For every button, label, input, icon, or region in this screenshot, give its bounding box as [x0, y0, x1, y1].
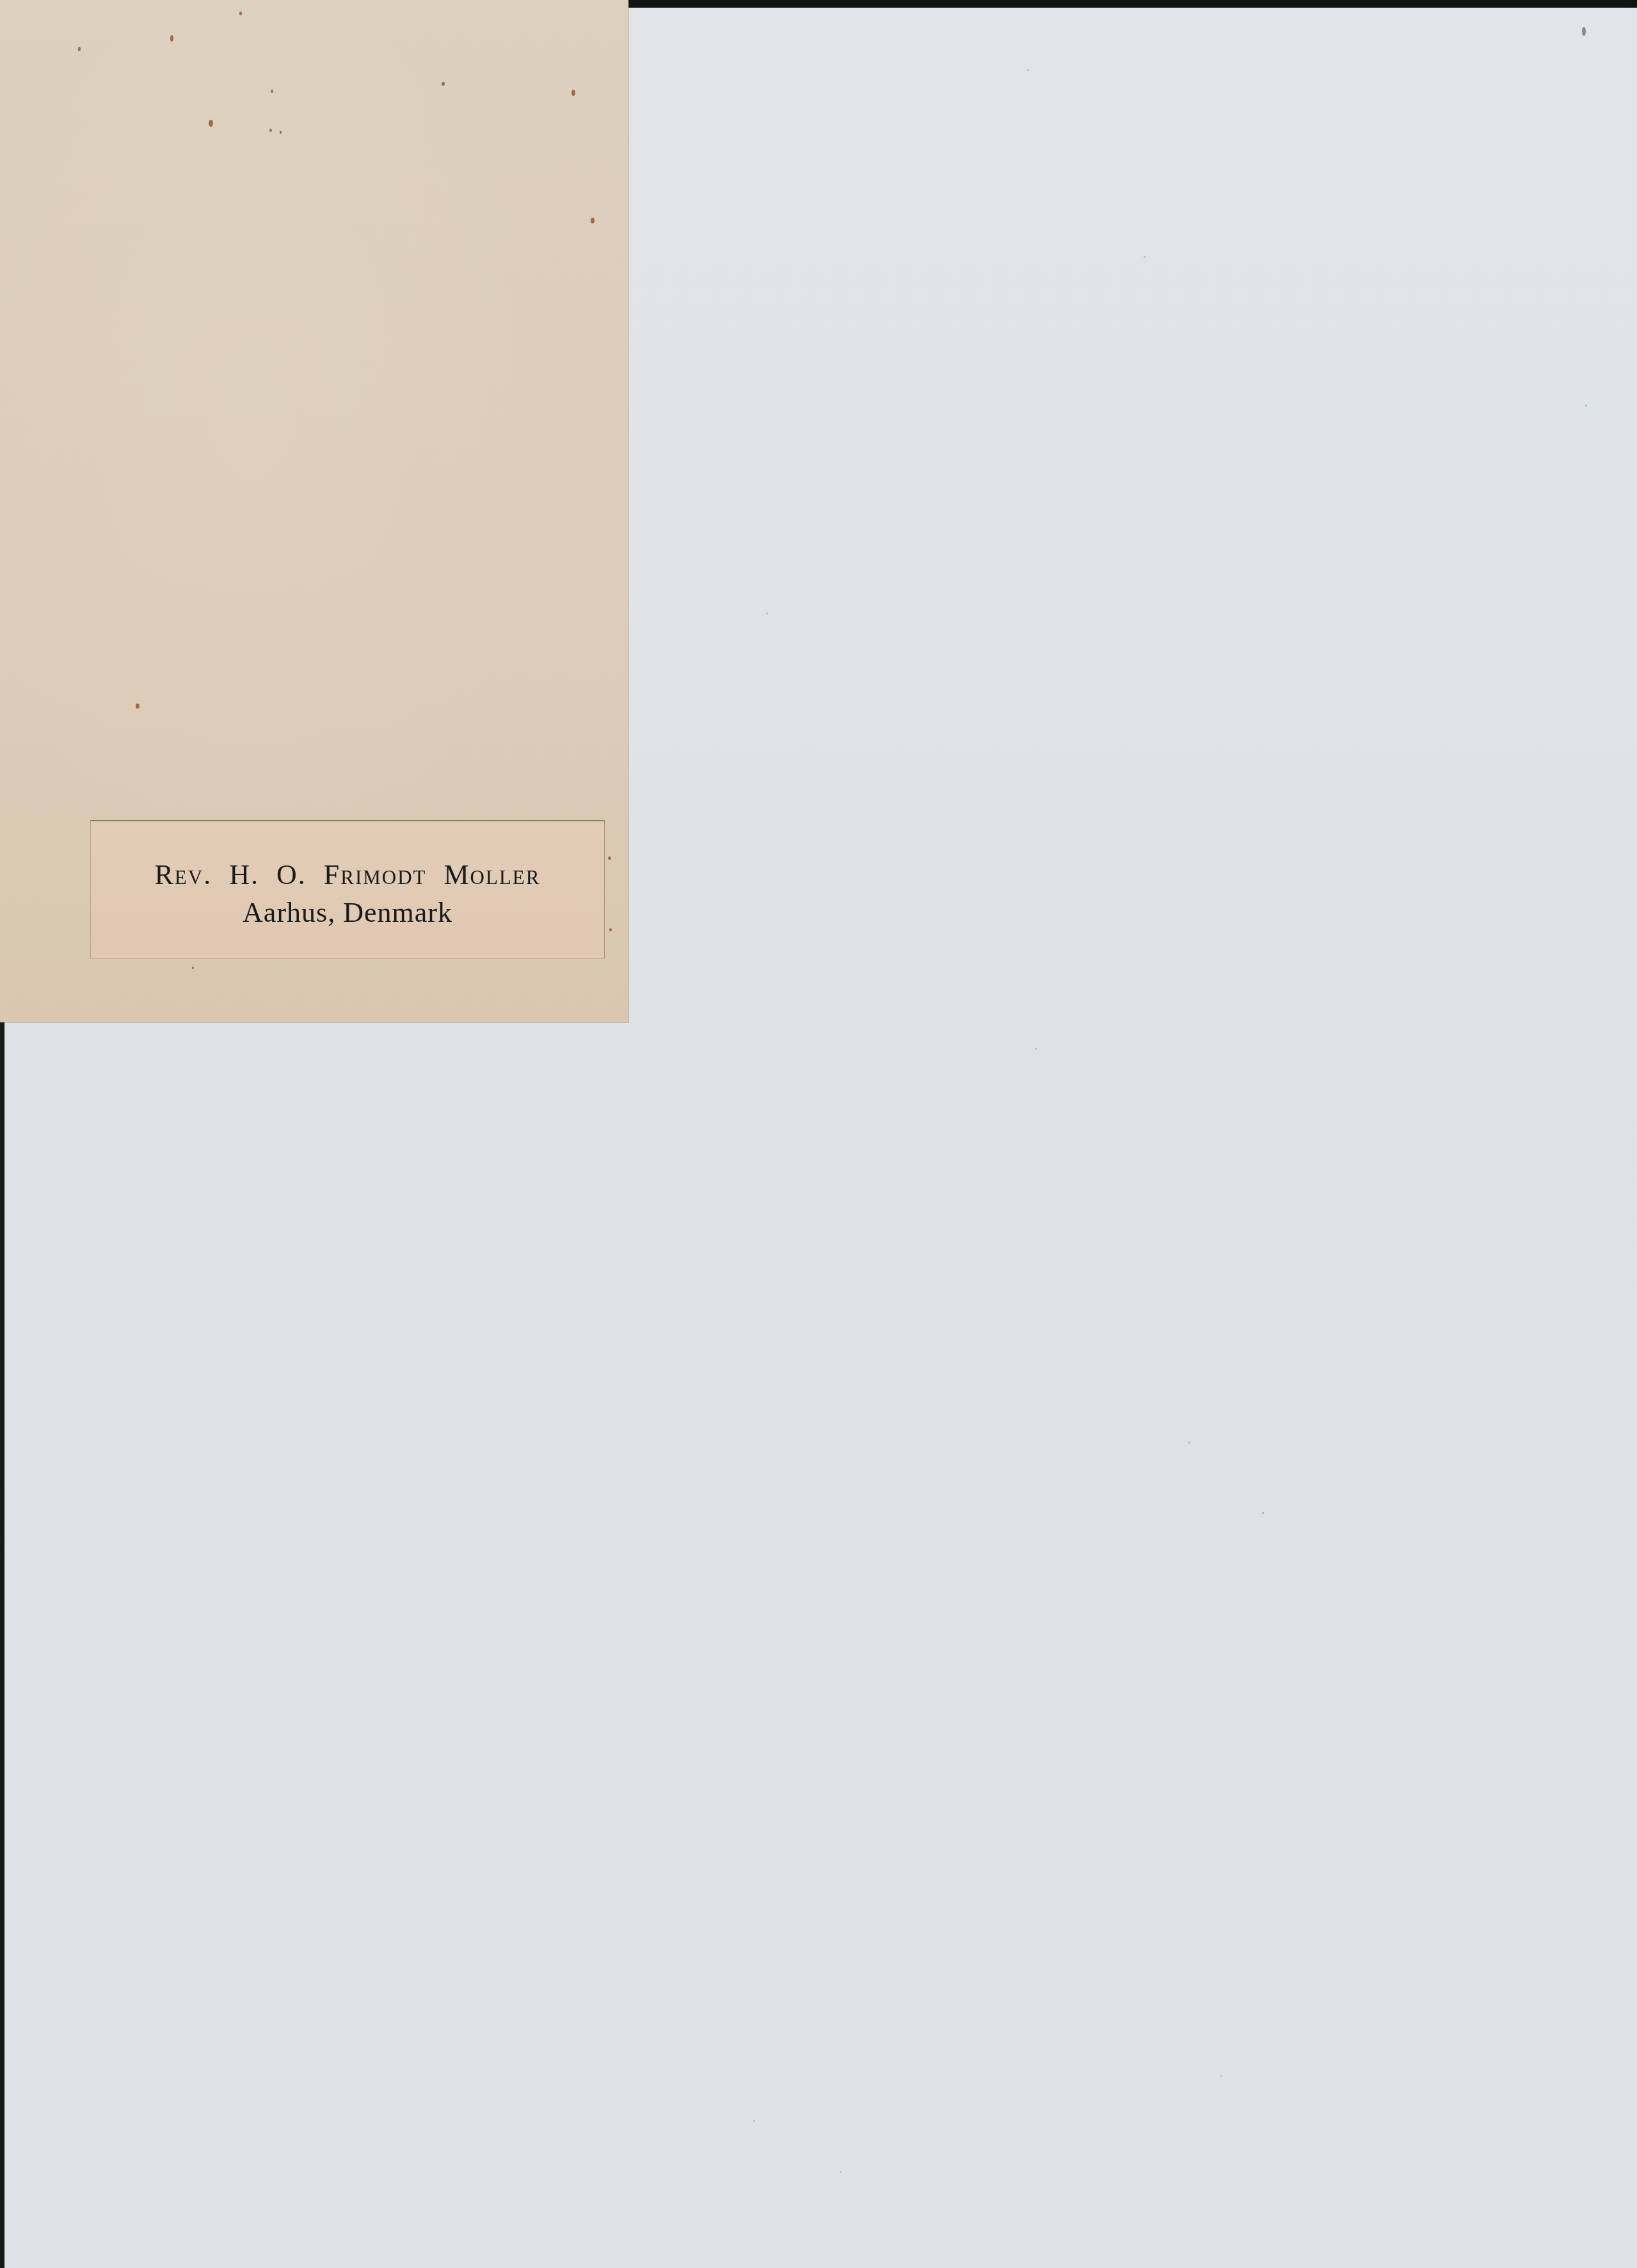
foxing-spot — [571, 90, 575, 96]
dust-speck — [753, 2120, 755, 2122]
aged-card: Rev. H. O. Frimodt Moller Aarhus, Denmar… — [0, 0, 628, 1022]
scanner-left-edge — [0, 1022, 4, 2268]
foxing-spot — [280, 131, 282, 134]
dust-speck — [1144, 256, 1146, 258]
dust-speck — [1262, 1512, 1264, 1514]
foxing-spot — [591, 218, 595, 223]
foxing-spot — [608, 857, 611, 860]
foxing-spot — [269, 129, 272, 132]
dust-speck — [1220, 2075, 1222, 2077]
foxing-spot — [136, 704, 140, 709]
label-name-line: Rev. H. O. Frimodt Moller — [91, 861, 604, 889]
foxing-spot — [78, 47, 81, 51]
dust-speck — [840, 2171, 842, 2173]
scanner-top-edge — [627, 0, 1637, 8]
dust-speck — [1027, 69, 1029, 71]
dust-speck — [1035, 1048, 1037, 1050]
foxing-spot — [239, 12, 242, 15]
dust-speck — [766, 613, 768, 615]
foxing-spot — [609, 928, 612, 931]
foxing-spot — [192, 967, 194, 969]
foxing-spot — [271, 90, 273, 93]
foxing-spot — [209, 120, 213, 127]
dust-speck — [1585, 405, 1587, 406]
name-label: Rev. H. O. Frimodt Moller Aarhus, Denmar… — [90, 820, 605, 959]
foxing-spot — [442, 82, 445, 86]
dust-speck — [1188, 1442, 1190, 1444]
foxing-spot — [170, 35, 173, 42]
dust-speck — [1582, 27, 1586, 36]
label-place-line: Aarhus, Denmark — [91, 899, 604, 927]
